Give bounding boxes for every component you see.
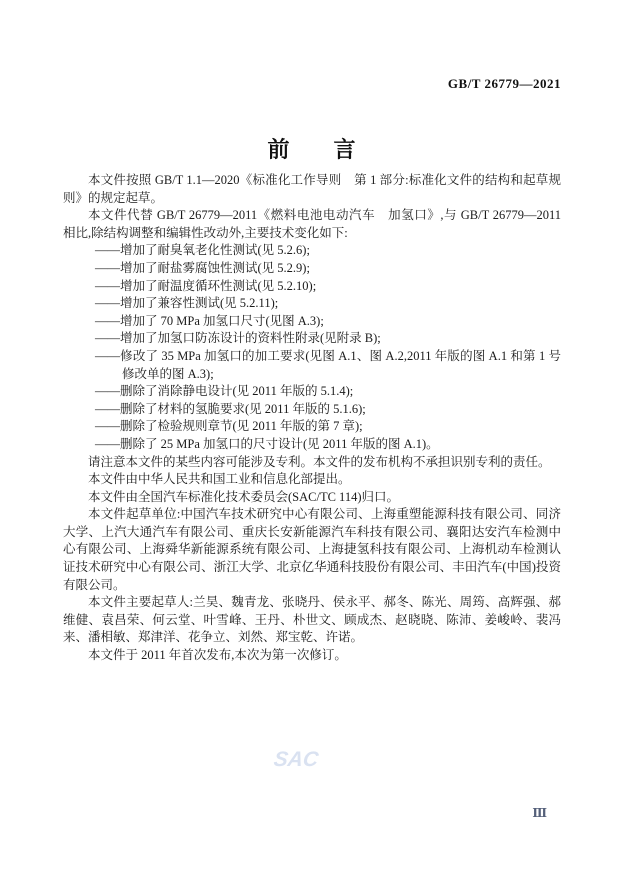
technical-changes-list: ——增加了耐臭氧老化性测试(见 5.2.6); ——增加了耐盐雾腐蚀性测试(见 … <box>63 242 561 453</box>
drafting-organizations-paragraph: 本文件起草单位:中国汽车技术研究中心有限公司、上海重塑能源科技有限公司、同济大学… <box>63 506 561 594</box>
change-item: ——增加了耐盐雾腐蚀性测试(见 5.2.9); <box>63 260 561 278</box>
foreword-body: 本文件按照 GB/T 1.1—2020《标准化工作导则 第 1 部分:标准化文件… <box>63 172 561 665</box>
change-item: ——增加了 70 MPa 加氢口尺寸(见图 A.3); <box>63 313 561 331</box>
standard-document-page: GB/T 26779—2021 前 言 本文件按照 GB/T 1.1—2020《… <box>0 0 623 881</box>
sac-watermark-logo: SAC <box>267 742 324 778</box>
intro-paragraph: 本文件代替 GB/T 26779—2011《燃料电池电动汽车 加氢口》,与 GB… <box>63 207 561 242</box>
patent-notice-paragraph: 请注意本文件的某些内容可能涉及专利。本文件的发布机构不承担识别专利的责任。 <box>63 454 561 472</box>
change-item: ——增加了加氢口防冻设计的资料性附录(见附录 B); <box>63 330 561 348</box>
committee-paragraph: 本文件由全国汽车标准化技术委员会(SAC/TC 114)归口。 <box>63 489 561 507</box>
change-item: ——增加了兼容性测试(见 5.2.11); <box>63 295 561 313</box>
change-item: ——删除了 25 MPa 加氢口的尺寸设计(见 2011 年版的图 A.1)。 <box>63 436 561 454</box>
page-title: 前 言 <box>0 133 623 164</box>
revision-history-paragraph: 本文件于 2011 年首次发布,本次为第一次修订。 <box>63 647 561 665</box>
intro-paragraph: 本文件按照 GB/T 1.1—2020《标准化工作导则 第 1 部分:标准化文件… <box>63 172 561 207</box>
change-item: ——修改了 35 MPa 加氢口的加工要求(见图 A.1、图 A.2,2011 … <box>63 348 561 383</box>
change-item: ——删除了检验规则章节(见 2011 年版的第 7 章); <box>63 418 561 436</box>
page-number: Ⅲ <box>532 806 547 821</box>
change-item: ——删除了材料的氢脆要求(见 2011 年版的 5.1.6); <box>63 401 561 419</box>
proposed-by-paragraph: 本文件由中华人民共和国工业和信息化部提出。 <box>63 471 561 489</box>
change-item: ——增加了耐温度循环性测试(见 5.2.10); <box>63 278 561 296</box>
change-item: ——删除了消除静电设计(见 2011 年版的 5.1.4); <box>63 383 561 401</box>
drafters-paragraph: 本文件主要起草人:兰昊、魏青龙、张晓丹、侯永平、郝冬、陈光、周筠、高辉强、郝维健… <box>63 594 561 647</box>
standard-number-header: GB/T 26779—2021 <box>448 76 561 92</box>
change-item: ——增加了耐臭氧老化性测试(见 5.2.6); <box>63 242 561 260</box>
